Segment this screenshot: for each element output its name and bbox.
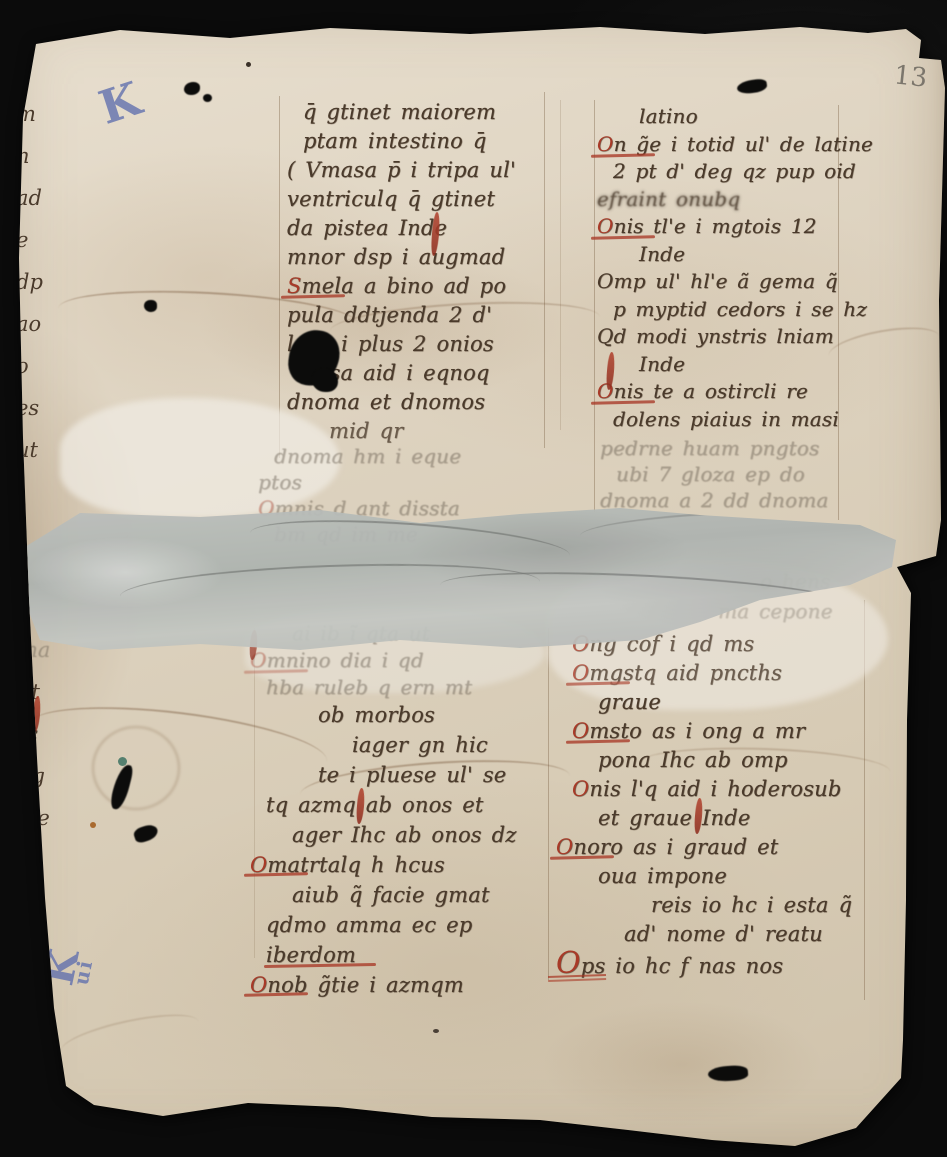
column-2-upper: latino On g̃e i totid ul' de latine 2 pt… (597, 103, 897, 433)
text-line: ubi 7 gloza ep do (616, 461, 890, 487)
ring-stain (92, 726, 180, 810)
text-line: dnoma et dnomos (287, 388, 552, 417)
column-2-faded: pedrne huam pngtos ubi 7 gloza ep do dno… (600, 435, 890, 513)
text-line: Onob g̃tie i azmqm (250, 970, 550, 1000)
text-line: Ops io hc f nas nos (556, 949, 886, 981)
text-line: pula ddtjenda 2 d' (287, 301, 552, 330)
ruling-line (560, 100, 561, 430)
text-line: te i pluese ul' se (318, 760, 550, 790)
text-line: et graue Inde (598, 804, 886, 833)
text-line: Onoro as i graud et (556, 833, 886, 862)
text-line: ptos (258, 469, 538, 495)
folio-number: 13 (893, 60, 929, 93)
text-line: Inde (639, 241, 897, 269)
text-line: aiub q̃ facie gmat (292, 880, 550, 910)
text-line: Qd modi ynstris lniam (597, 323, 897, 351)
text-line: tq azmq ab onos et (266, 790, 550, 820)
column-2-lower: Ong cof i qd ms Omgstq aid pncths graue … (556, 630, 886, 981)
text-line: mnor dsp i augmad (287, 243, 552, 272)
margin-fragments-top: m n ad e dp ao o es ut (16, 102, 43, 480)
text-line: 2 pt d' deg qz pup oid (613, 158, 897, 186)
margin-fragments-bottom: ma nt Ic ng o e d ed (18, 638, 50, 932)
stain-dot (90, 822, 96, 828)
text-line: iager gn hic (352, 730, 550, 760)
text-line: q̄ gtinet maiorem (303, 98, 552, 127)
manuscript-page: m n ad e dp ao o es ut ma nt Ic ng o e d… (0, 0, 947, 1157)
text-line: Smela a bino ad po (287, 272, 552, 301)
text-line: ventriculq q̄ gtinet (287, 185, 552, 214)
text-line: dnoma a 2 dd dnoma (600, 487, 890, 513)
text-line: mid qr (329, 417, 552, 446)
worm-hole (144, 300, 157, 312)
text-line: ptam intestino q̄ (303, 127, 552, 156)
text-line: oua impone (598, 862, 886, 891)
text-line: Inde (639, 351, 897, 379)
text-line: On g̃e i totid ul' de latine (597, 131, 897, 159)
text-line: iberdom (266, 940, 550, 970)
ruling-line (594, 100, 595, 512)
large-hole (312, 368, 338, 392)
column-1-lower: ob morbos iager gn hic te i pluese ul' s… (250, 700, 550, 1000)
text-line: graue (598, 688, 886, 717)
text-line: dnoma hm i eque (274, 443, 538, 469)
ruling-line (279, 96, 280, 458)
text-line: ad' nome d' reatu (624, 920, 886, 949)
photo-background: m n ad e dp ao o es ut ma nt Ic ng o e d… (0, 0, 947, 1157)
text-line: qdmo amma ec ep (266, 910, 550, 940)
text-line: Onis tl'e i mgtois 12 (597, 213, 897, 241)
worm-hole (203, 94, 212, 102)
text-line: Omnino dia i qd (250, 647, 540, 674)
text-line: dolens piaius in masi (613, 406, 897, 434)
text-line: da pistea Inde (287, 214, 552, 243)
text-line: ob morbos (318, 700, 550, 730)
text-line: Omatrtalq h hcus (250, 850, 550, 880)
text-line: Onis l'q aid i hoderosub (572, 775, 886, 804)
text-line: Omsto as i ong a mr (572, 717, 886, 746)
text-line: pedrne huam pngtos (600, 435, 890, 461)
text-line: ager Ihc ab onos dz (292, 820, 550, 850)
text-line: Onis te a ostircli re (597, 378, 897, 406)
text-line: reis io hc i esta q̃ (651, 891, 886, 920)
text-line: pona Ihc ab omp (598, 746, 886, 775)
text-line: ( Vmasa p̄ i tripa ul' (287, 156, 552, 185)
text-line: p myptid cedors i se hz (613, 296, 897, 324)
text-line: hba ruleb q ern mt (266, 674, 540, 701)
text-line: latino (639, 103, 897, 131)
text-line: Omgstq aid pncths (572, 659, 886, 688)
column-1-upper: q̄ gtinet maiorem ptam intestino q̄ ( Vm… (287, 98, 552, 446)
text-line: nosa aid i eqnoq (303, 359, 552, 388)
ink-speck (246, 62, 251, 67)
text-line: Omp ul' hl'e ã gema q̃ (597, 268, 897, 296)
ink-speck (433, 1029, 439, 1033)
text-line: efraint onubq (597, 186, 897, 214)
